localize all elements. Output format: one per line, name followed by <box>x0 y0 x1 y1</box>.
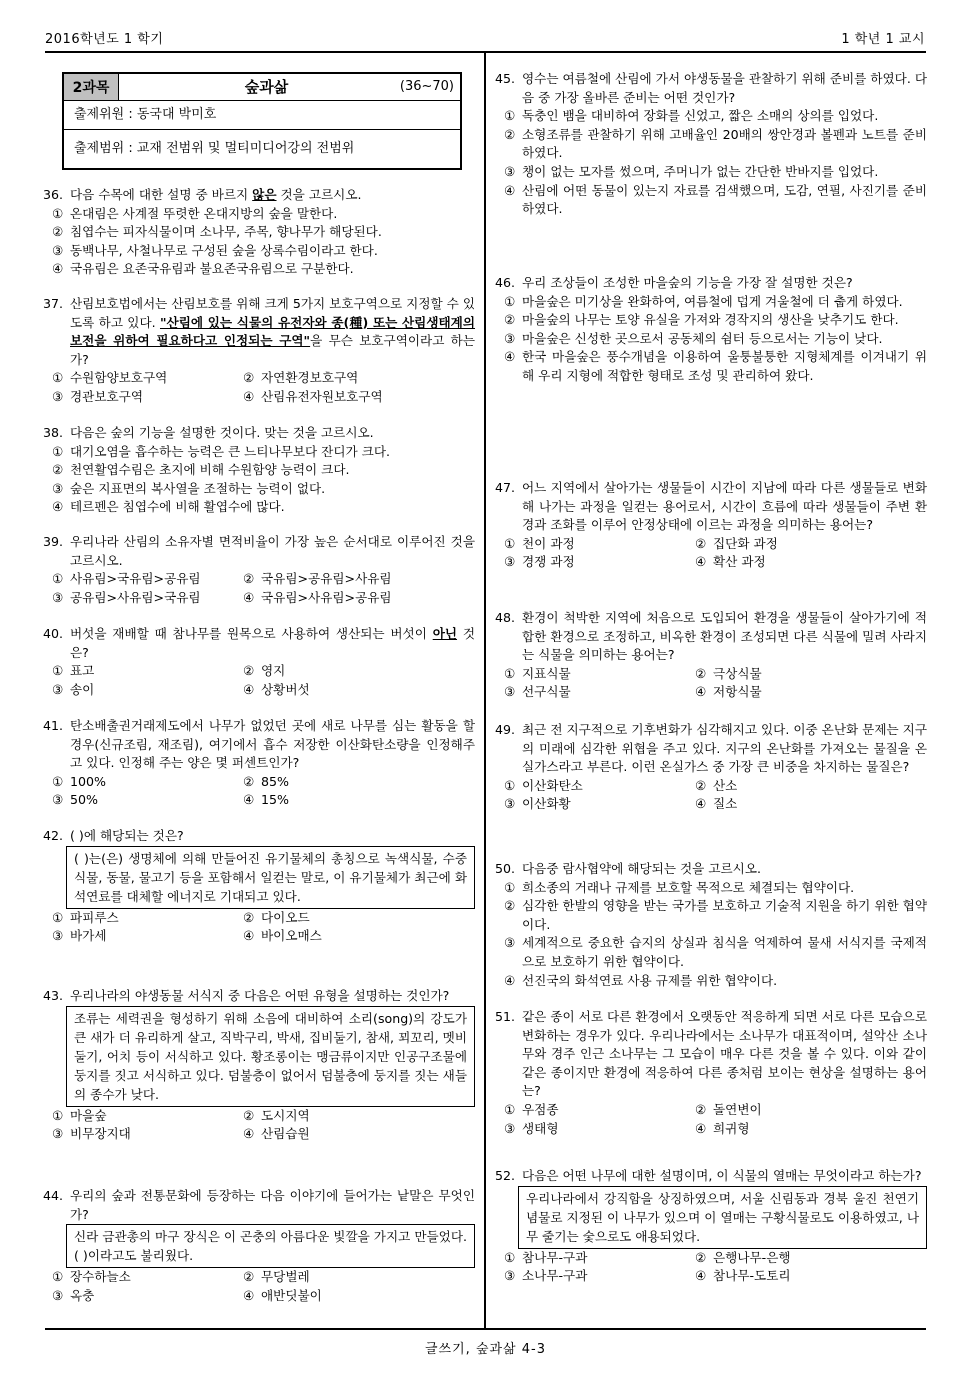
question-stem: 환경이 척박한 지역에 처음으로 도입되어 환경을 생물들이 살아가기에 적합한… <box>522 609 927 665</box>
question-passage-box: ( )는(은) 생명체에 의해 만들어진 유기물체의 총칭으로 녹색식물, 수중… <box>66 846 475 909</box>
question-range: (36~70) <box>374 74 460 100</box>
bottom-divider <box>45 1328 926 1330</box>
option-2[interactable]: ②소형조류를 관찰하기 위해 고배율인 20배의 쌍안경과 볼펜과 노트를 준비… <box>504 126 927 163</box>
question-number: 44. <box>43 1187 70 1224</box>
option-4[interactable]: ④선진국의 화석연료 사용 규제를 위한 협약이다. <box>504 972 927 991</box>
exam-grade-period-label: 1 학년 1 교시 <box>841 28 925 47</box>
option-1[interactable]: ①온대림은 사계절 뚜렷한 온대지방의 숲을 말한다. <box>52 205 475 224</box>
question-number: 36. <box>43 186 70 205</box>
question-number: 50. <box>495 860 522 879</box>
option-2[interactable]: ②침엽수는 피자식물이며 소나무, 주목, 향나무가 해당된다. <box>52 223 475 242</box>
question-stem: 우리의 숲과 전통문화에 등장하는 다음 이야기에 들어가는 낱말은 무엇인가? <box>70 1187 475 1224</box>
question-number: 42. <box>43 827 70 846</box>
question-number: 49. <box>495 721 522 777</box>
option-4[interactable]: ④참나무-도토리 <box>695 1267 927 1286</box>
question-36: 36. 다음 수목에 대한 설명 중 바르지 않은 것을 고르시오. ①온대림은… <box>43 186 475 279</box>
option-3[interactable]: ③동백나무, 사철나무로 구성된 숲을 상록수림이라고 한다. <box>52 242 475 261</box>
question-51: 51.같은 종이 서로 다른 환경에서 오랫동안 적응하게 되면 서로 다른 모… <box>495 1008 927 1138</box>
option-2[interactable]: ②무당벌레 <box>243 1268 475 1287</box>
option-3[interactable]: ③선구식물 <box>504 683 695 702</box>
emphasis-text: 않은 <box>252 187 276 202</box>
option-1[interactable]: ①마을숲은 미기상을 완화하여, 여름철에 덥게 겨울철에 더 춥게 하였다. <box>504 293 927 312</box>
question-number: 38. <box>43 424 70 443</box>
page-footer: 글쓰기, 숲과삶 4-3 <box>0 1338 971 1357</box>
option-2[interactable]: ②도시지역 <box>243 1107 475 1126</box>
question-40: 40. 버섯을 재배할 때 참나무를 원목으로 사용하여 생산되는 버섯이 아닌… <box>43 625 475 699</box>
question-50: 50.다음중 람사협약에 해당되는 것을 고르시오. ①희소종의 거래나 규제를… <box>495 860 927 990</box>
question-number: 37. <box>43 295 70 369</box>
question-number: 52. <box>495 1167 522 1186</box>
subject-info-box: 2과목 숲과삶 (36~70) 출제위원 : 동국대 박미호 출제범위 : 교재… <box>62 72 462 170</box>
option-2[interactable]: ②자연환경보호구역 <box>243 369 475 388</box>
option-2[interactable]: ②85% <box>243 773 475 792</box>
subject-author: 출제위원 : 동국대 박미호 <box>64 101 460 130</box>
option-3[interactable]: ③이산화황 <box>504 795 695 814</box>
option-1[interactable]: ①마을숲 <box>52 1107 243 1126</box>
option-1[interactable]: ①장수하늘소 <box>52 1268 243 1287</box>
option-4[interactable]: ④국유림>사유림>공유림 <box>243 589 475 608</box>
question-48: 48.환경이 척박한 지역에 처음으로 도입되어 환경을 생물들이 살아가기에 … <box>495 609 927 702</box>
question-41: 41.탄소배출권거래제도에서 나무가 없었던 곳에 새로 나무를 심는 활동을 … <box>43 717 475 810</box>
option-3[interactable]: ③숲은 지표면의 복사열을 조절하는 능력이 없다. <box>52 480 475 499</box>
question-37: 37. 산림보호법에서는 산림보호를 위해 크게 5가지 보호구역으로 지정할 … <box>43 295 475 407</box>
option-3[interactable]: ③비무장지대 <box>52 1125 243 1144</box>
question-stem: 우리나라 산림의 소유자별 면적비율이 가장 높은 순서대로 이루어진 것을 고… <box>70 533 475 570</box>
option-1[interactable]: ①대기오염을 흡수하는 능력은 큰 느티나무보다 잔디가 크다. <box>52 443 475 462</box>
option-4[interactable]: ④한국 마을숲은 풍수개념을 이용하여 울퉁불퉁한 지형체계를 이겨내기 위해 … <box>504 348 927 385</box>
option-2[interactable]: ②다이오드 <box>243 909 475 928</box>
option-3[interactable]: ③50% <box>52 791 243 810</box>
option-1[interactable]: ①참나무-구과 <box>504 1249 695 1268</box>
option-4[interactable]: ④테르펜은 침엽수에 비해 활엽수에 많다. <box>52 498 475 517</box>
option-4[interactable]: ④산림습원 <box>243 1125 475 1144</box>
option-2[interactable]: ②영지 <box>243 662 475 681</box>
option-4[interactable]: ④국유림은 요존국유림과 불요존국유림으로 구분한다. <box>52 260 475 279</box>
question-38: 38.다음은 숲의 기능을 설명한 것이다. 맞는 것을 고르시오. ①대기오염… <box>43 424 475 517</box>
question-stem: 버섯을 재배할 때 참나무를 원목으로 사용하여 생산되는 버섯이 아닌 것은? <box>70 625 475 662</box>
question-passage-box: 신라 금관총의 마구 장식은 이 곤충의 아름다운 빛깔을 가지고 만들었다. … <box>66 1224 475 1268</box>
option-1[interactable]: ①표고 <box>52 662 243 681</box>
question-stem: 산림보호법에서는 산림보호를 위해 크게 5가지 보호구역으로 지정할 수 있도… <box>70 295 475 369</box>
question-stem: 다음중 람사협약에 해당되는 것을 고르시오. <box>522 860 927 879</box>
question-number: 45. <box>495 70 522 107</box>
option-3[interactable]: ③옥충 <box>52 1287 243 1306</box>
option-2[interactable]: ②마을숲의 나무는 토양 유실을 가져와 경작지의 생산을 낮추기도 한다. <box>504 311 927 330</box>
question-stem: 영수는 여름철에 산림에 가서 야생동물을 관찰하기 위해 준비를 하였다. 다… <box>522 70 927 107</box>
question-number: 48. <box>495 609 522 665</box>
question-stem: 우리 조상들이 조성한 마을숲의 기능을 가장 잘 설명한 것은? <box>522 274 927 293</box>
question-stem: 탄소배출권거래제도에서 나무가 없었던 곳에 새로 나무를 심는 활동을 할 경… <box>70 717 475 773</box>
option-3[interactable]: ③생태형 <box>504 1120 695 1139</box>
option-4[interactable]: ④확산 과정 <box>695 553 927 572</box>
question-44: 44.우리의 숲과 전통문화에 등장하는 다음 이야기에 들어가는 낱말은 무엇… <box>43 1187 475 1305</box>
question-43: 43.우리나라의 야생동물 서식지 중 다음은 어떤 유형을 설명하는 것인가?… <box>43 987 475 1144</box>
option-4[interactable]: ④희귀형 <box>695 1120 927 1139</box>
option-3[interactable]: ③공유림>사유림>국유림 <box>52 589 243 608</box>
option-1[interactable]: ①천이 과정 <box>504 535 695 554</box>
option-4[interactable]: ④질소 <box>695 795 927 814</box>
question-42: 42.( )에 해당되는 것은? ( )는(은) 생명체에 의해 만들어진 유기… <box>43 827 475 946</box>
option-1[interactable]: ①지표식물 <box>504 665 695 684</box>
option-2[interactable]: ②극상식물 <box>695 665 927 684</box>
question-number: 51. <box>495 1008 522 1101</box>
question-number: 41. <box>43 717 70 773</box>
question-number: 40. <box>43 625 70 662</box>
option-3[interactable]: ③바가세 <box>52 927 243 946</box>
question-47: 47.어느 지역에서 살아가는 생물들이 시간이 지남에 따라 다른 생물들로 … <box>495 479 927 572</box>
option-4[interactable]: ④저항식물 <box>695 683 927 702</box>
option-1[interactable]: ①사유림>국유림>공유림 <box>52 570 243 589</box>
option-1[interactable]: ①100% <box>52 773 243 792</box>
subject-scope: 출제범위 : 교재 전범위 및 멀티미디어강의 전범위 <box>64 130 460 168</box>
option-3[interactable]: ③챙이 없는 모자를 썼으며, 주머니가 없는 간단한 반바지를 입었다. <box>504 163 927 182</box>
question-stem: 우리나라의 야생동물 서식지 중 다음은 어떤 유형을 설명하는 것인가? <box>70 987 475 1006</box>
subject-title-row: 2과목 숲과삶 (36~70) <box>64 74 460 101</box>
question-passage-box: 우리나라에서 강직함을 상징하였으며, 서울 신림동과 경북 울진 천연기념물로… <box>518 1186 927 1249</box>
option-2[interactable]: ②집단화 과정 <box>695 535 927 554</box>
option-1[interactable]: ①독충인 뱀을 대비하여 장화를 신었고, 짧은 소매의 상의를 입었다. <box>504 107 927 126</box>
question-stem: 같은 종이 서로 다른 환경에서 오랫동안 적응하게 되면 서로 다른 모습으로… <box>522 1008 927 1101</box>
option-2[interactable]: ②산소 <box>695 777 927 796</box>
option-2[interactable]: ②심각한 한발의 영향을 받는 국가를 보호하고 기술적 지원을 하기 위한 협… <box>504 897 927 934</box>
option-4[interactable]: ④애반딧불이 <box>243 1287 475 1306</box>
option-1[interactable]: ①수원함양보호구역 <box>52 369 243 388</box>
option-1[interactable]: ①우점종 <box>504 1101 695 1120</box>
column-divider <box>484 53 486 1328</box>
subject-title: 숲과삶 <box>119 74 374 100</box>
question-46: 46.우리 조상들이 조성한 마을숲의 기능을 가장 잘 설명한 것은? ①마을… <box>495 274 927 386</box>
question-number: 43. <box>43 987 70 1006</box>
question-stem: 다음은 어떤 나무에 대한 설명이며, 이 식물의 열매는 무엇이라고 하는가? <box>522 1167 927 1186</box>
option-2[interactable]: ②돌연변이 <box>695 1101 927 1120</box>
exam-term-label: 2016학년도 1 학기 <box>45 28 163 47</box>
option-4[interactable]: ④산림유전자원보호구역 <box>243 388 475 407</box>
option-4[interactable]: ④산림에 어떤 동물이 있는지 자료를 검색했으며, 도감, 연필, 사진기를 … <box>504 182 927 219</box>
option-3[interactable]: ③마을숲은 신성한 곳으로서 공동체의 쉼터 등으로서는 기능이 낮다. <box>504 330 927 349</box>
option-1[interactable]: ①희소종의 거래나 규제를 보호할 목적으로 체결되는 협약이다. <box>504 879 927 898</box>
subject-tag: 2과목 <box>64 74 119 100</box>
option-1[interactable]: ①파피루스 <box>52 909 243 928</box>
question-49: 49.최근 전 지구적으로 기후변화가 심각해지고 있다. 이중 온난화 문제는… <box>495 721 927 814</box>
option-2[interactable]: ②국유림>공유림>사유림 <box>243 570 475 589</box>
question-39: 39.우리나라 산림의 소유자별 면적비율이 가장 높은 순서대로 이루어진 것… <box>43 533 475 607</box>
option-3[interactable]: ③경쟁 과정 <box>504 553 695 572</box>
question-number: 39. <box>43 533 70 570</box>
emphasis-text: 아닌 <box>433 626 457 641</box>
option-3[interactable]: ③경관보호구역 <box>52 388 243 407</box>
question-45: 45.영수는 여름철에 산림에 가서 야생동물을 관찰하기 위해 준비를 하였다… <box>495 70 927 219</box>
option-3[interactable]: ③소나무-구과 <box>504 1267 695 1286</box>
question-stem: 최근 전 지구적으로 기후변화가 심각해지고 있다. 이중 온난화 문제는 지구… <box>522 721 927 777</box>
question-number: 47. <box>495 479 522 535</box>
option-4[interactable]: ④15% <box>243 791 475 810</box>
question-passage-box: 조류는 세력권을 형성하기 위해 소음에 대비하여 소리(song)의 강도가 … <box>66 1006 475 1107</box>
option-3[interactable]: ③세계적으로 중요한 습지의 상실과 침식을 억제하여 물새 서식지를 국제적으… <box>504 934 927 971</box>
question-stem: 다음은 숲의 기능을 설명한 것이다. 맞는 것을 고르시오. <box>70 424 475 443</box>
question-52: 52.다음은 어떤 나무에 대한 설명이며, 이 식물의 열매는 무엇이라고 하… <box>495 1167 927 1286</box>
question-stem: 어느 지역에서 살아가는 생물들이 시간이 지남에 따라 다른 생물들로 변화해… <box>522 479 927 535</box>
option-1[interactable]: ①이산화탄소 <box>504 777 695 796</box>
question-stem: ( )에 해당되는 것은? <box>70 827 475 846</box>
option-4[interactable]: ④상황버섯 <box>243 681 475 700</box>
question-number: 46. <box>495 274 522 293</box>
option-2[interactable]: ②천연활엽수림은 초지에 비해 수원함양 능력이 크다. <box>52 461 475 480</box>
option-2[interactable]: ②은행나무-은행 <box>695 1249 927 1268</box>
option-4[interactable]: ④바이오매스 <box>243 927 475 946</box>
question-stem: 다음 수목에 대한 설명 중 바르지 않은 것을 고르시오. <box>70 186 475 205</box>
option-3[interactable]: ③송이 <box>52 681 243 700</box>
